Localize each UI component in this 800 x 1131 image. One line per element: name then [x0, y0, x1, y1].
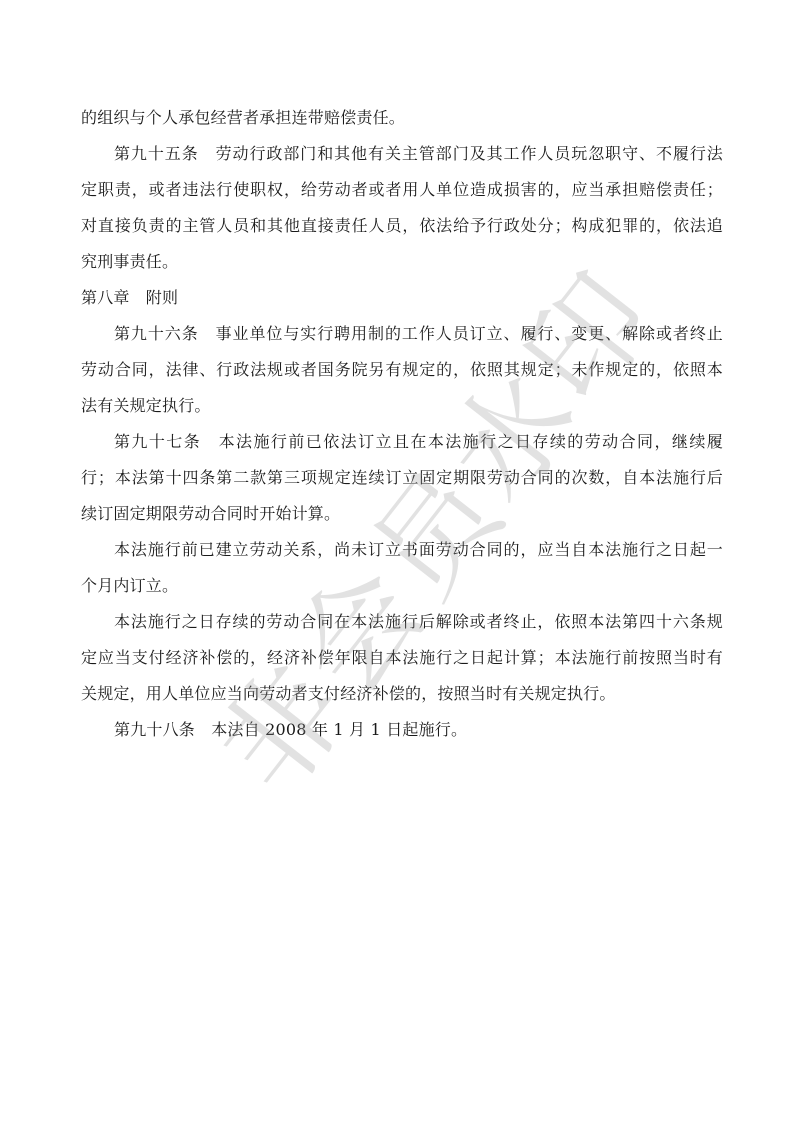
article-97-para3-line: 定应当支付经济补偿的，经济补偿年限自本法施行之日起计算；本法施行前按照当时有: [81, 644, 723, 680]
article-96-line: 第九十六条 事业单位与实行聘用制的工作人员订立、履行、变更、解除或者终止: [81, 320, 723, 356]
article-97-line: 第九十七条 本法施行前已依法订立且在本法施行之日存续的劳动合同，继续履: [81, 428, 723, 464]
article-95-line: 究刑事责任。: [81, 248, 723, 284]
article-95-line: 第九十五条 劳动行政部门和其他有关主管部门及其工作人员玩忽职守、不履行法: [81, 140, 723, 176]
paragraph-line: 的组织与个人承包经营者承担连带赔偿责任。: [81, 104, 723, 140]
article-96-line: 法有关规定执行。: [81, 392, 723, 428]
article-95-line: 定职责，或者违法行使职权，给劳动者或者用人单位造成损害的，应当承担赔偿责任；: [81, 176, 723, 212]
document-page: 的组织与个人承包经营者承担连带赔偿责任。 第九十五条 劳动行政部门和其他有关主管…: [0, 0, 800, 1131]
article-96-line: 劳动合同，法律、行政法规或者国务院另有规定的，依照其规定；未作规定的，依照本: [81, 356, 723, 392]
article-97-para2-line: 个月内订立。: [81, 572, 723, 608]
article-97-para2-line: 本法施行前已建立劳动关系，尚未订立书面劳动合同的，应当自本法施行之日起一: [81, 536, 723, 572]
article-97-line: 续订固定期限劳动合同时开始计算。: [81, 500, 723, 536]
chapter-heading: 第八章 附则: [81, 284, 723, 320]
article-97-line: 行；本法第十四条第二款第三项规定连续订立固定期限劳动合同的次数，自本法施行后: [81, 464, 723, 500]
article-95-line: 对直接负责的主管人员和其他直接责任人员，依法给予行政处分；构成犯罪的，依法追: [81, 212, 723, 248]
article-97-para3-line: 本法施行之日存续的劳动合同在本法施行后解除或者终止，依照本法第四十六条规: [81, 608, 723, 644]
article-97-para3-line: 关规定，用人单位应当向劳动者支付经济补偿的，按照当时有关规定执行。: [81, 680, 723, 716]
article-98-line: 第九十八条 本法自 2008 年 1 月 1 日起施行。: [81, 716, 723, 752]
document-body: 的组织与个人承包经营者承担连带赔偿责任。 第九十五条 劳动行政部门和其他有关主管…: [81, 104, 723, 752]
